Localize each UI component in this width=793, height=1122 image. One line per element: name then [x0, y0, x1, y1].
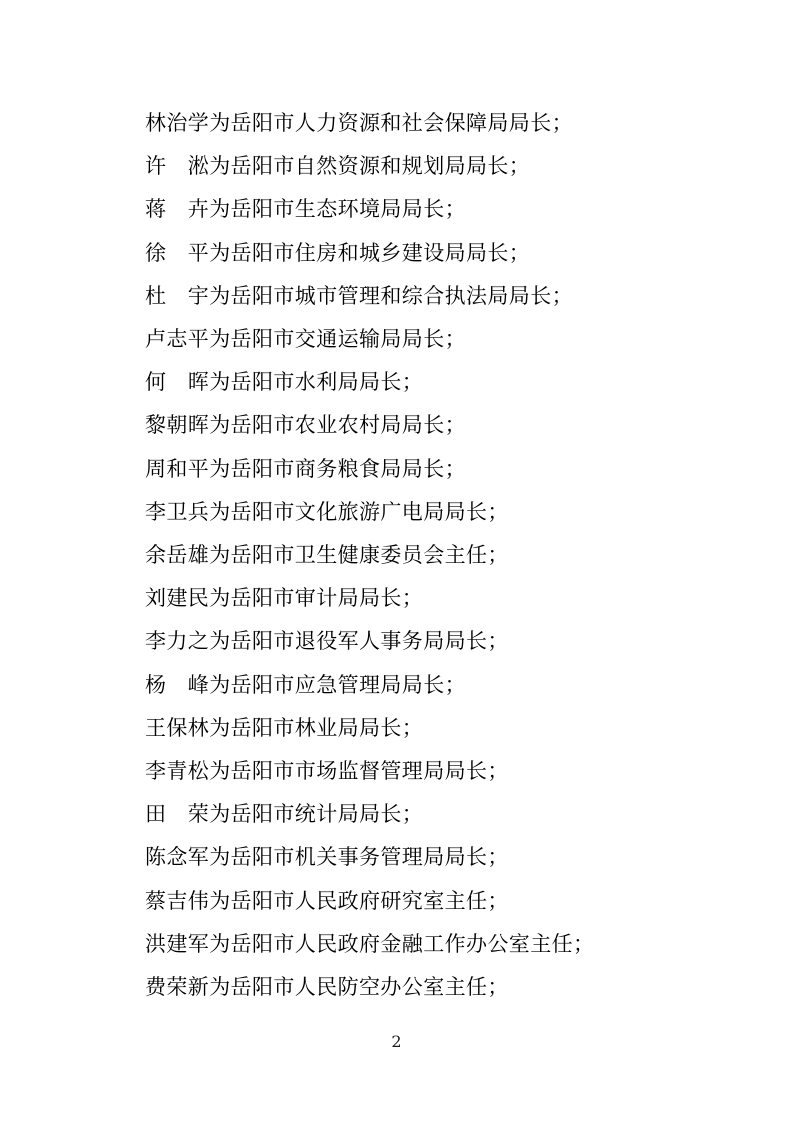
appointment-line: 何 晖为岳阳市水利局局长； — [101, 361, 698, 404]
appointment-line: 周和平为岳阳市商务粮食局局长； — [101, 448, 698, 491]
appointment-line: 陈念军为岳阳市机关事务管理局局长； — [101, 836, 698, 879]
appointment-line: 卢志平为岳阳市交通运输局局长； — [101, 318, 698, 361]
appointment-line: 林治学为岳阳市人力资源和社会保障局局长； — [101, 102, 698, 145]
appointment-line: 黎朝晖为岳阳市农业农村局局长； — [101, 404, 698, 447]
appointment-line: 刘建民为岳阳市审计局局长； — [101, 577, 698, 620]
document-page: 林治学为岳阳市人力资源和社会保障局局长； 许 淞为岳阳市自然资源和规划局局长； … — [0, 0, 793, 1122]
appointment-line: 徐 平为岳阳市住房和城乡建设局局长； — [101, 232, 698, 275]
document-body: 林治学为岳阳市人力资源和社会保障局局长； 许 淞为岳阳市自然资源和规划局局长； … — [101, 102, 698, 1009]
appointment-line: 蔡吉伟为岳阳市人民政府研究室主任； — [101, 880, 698, 923]
appointment-line: 田 荣为岳阳市统计局局长； — [101, 793, 698, 836]
page-number: 2 — [391, 1032, 401, 1051]
appointment-line: 李青松为岳阳市市场监督管理局局长； — [101, 750, 698, 793]
appointment-line: 蒋 卉为岳阳市生态环境局局长； — [101, 188, 698, 231]
appointment-line: 王保林为岳阳市林业局局长； — [101, 707, 698, 750]
appointment-line: 李力之为岳阳市退役军人事务局局长； — [101, 620, 698, 663]
appointment-line: 洪建军为岳阳市人民政府金融工作办公室主任； — [101, 923, 698, 966]
page-footer: 2 — [0, 1032, 793, 1051]
appointment-line: 许 淞为岳阳市自然资源和规划局局长； — [101, 145, 698, 188]
appointment-line: 杜 宇为岳阳市城市管理和综合执法局局长； — [101, 275, 698, 318]
appointment-line: 余岳雄为岳阳市卫生健康委员会主任； — [101, 534, 698, 577]
appointment-line: 杨 峰为岳阳市应急管理局局长； — [101, 664, 698, 707]
appointment-line: 费荣新为岳阳市人民防空办公室主任； — [101, 966, 698, 1009]
appointment-line: 李卫兵为岳阳市文化旅游广电局局长； — [101, 491, 698, 534]
